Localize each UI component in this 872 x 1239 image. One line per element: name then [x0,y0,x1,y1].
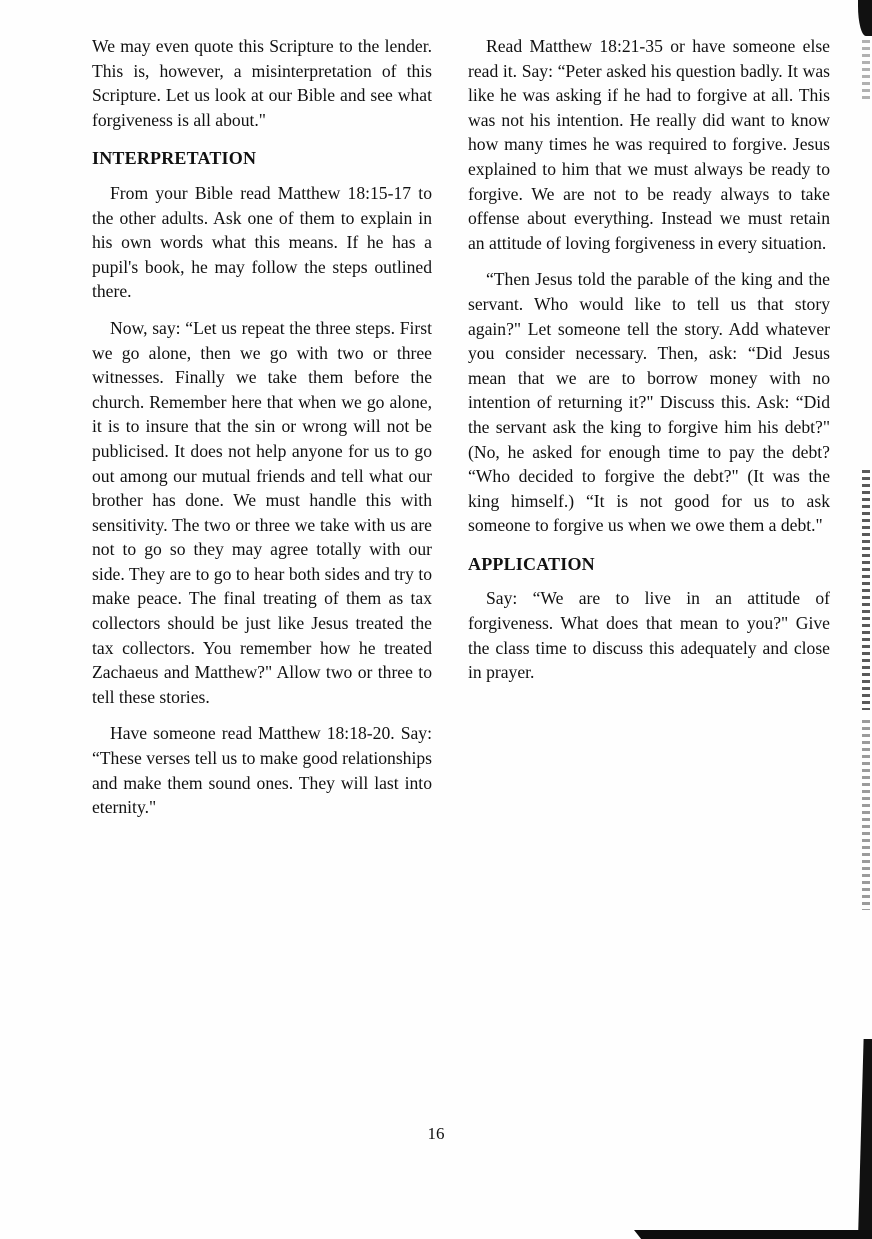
paragraph-matthew-18-18: Have someone read Matthew 18:18-20. Say:… [92,721,432,819]
scan-bottom-border [634,1230,872,1239]
paragraph-parable-king-servant: “Then Jesus told the parable of the king… [468,267,830,538]
paragraph-three-steps: Now, say: “Let us repeat the three steps… [92,316,432,710]
paragraph-matthew-18-15: From your Bible read Matthew 18:15-17 to… [92,181,432,304]
document-page: We may even quote this Scripture to the … [0,0,872,1239]
left-column: We may even quote this Scripture to the … [92,34,432,832]
scan-edge-speckle [862,40,870,100]
paragraph-matthew-18-21: Read Matthew 18:21-35 or have someone el… [468,34,830,255]
paragraph-application: Say: “We are to live in an attitude of f… [468,586,830,684]
right-column: Read Matthew 18:21-35 or have someone el… [468,34,830,697]
scan-edge-speckle [862,720,870,910]
scan-edge-speckle [862,470,870,710]
scan-edge-blot [858,0,872,36]
page-number: 16 [0,1124,872,1144]
heading-application: APPLICATION [468,552,830,577]
paragraph-lender-quote: We may even quote this Scripture to the … [92,34,432,132]
heading-interpretation: INTERPRETATION [92,146,432,171]
